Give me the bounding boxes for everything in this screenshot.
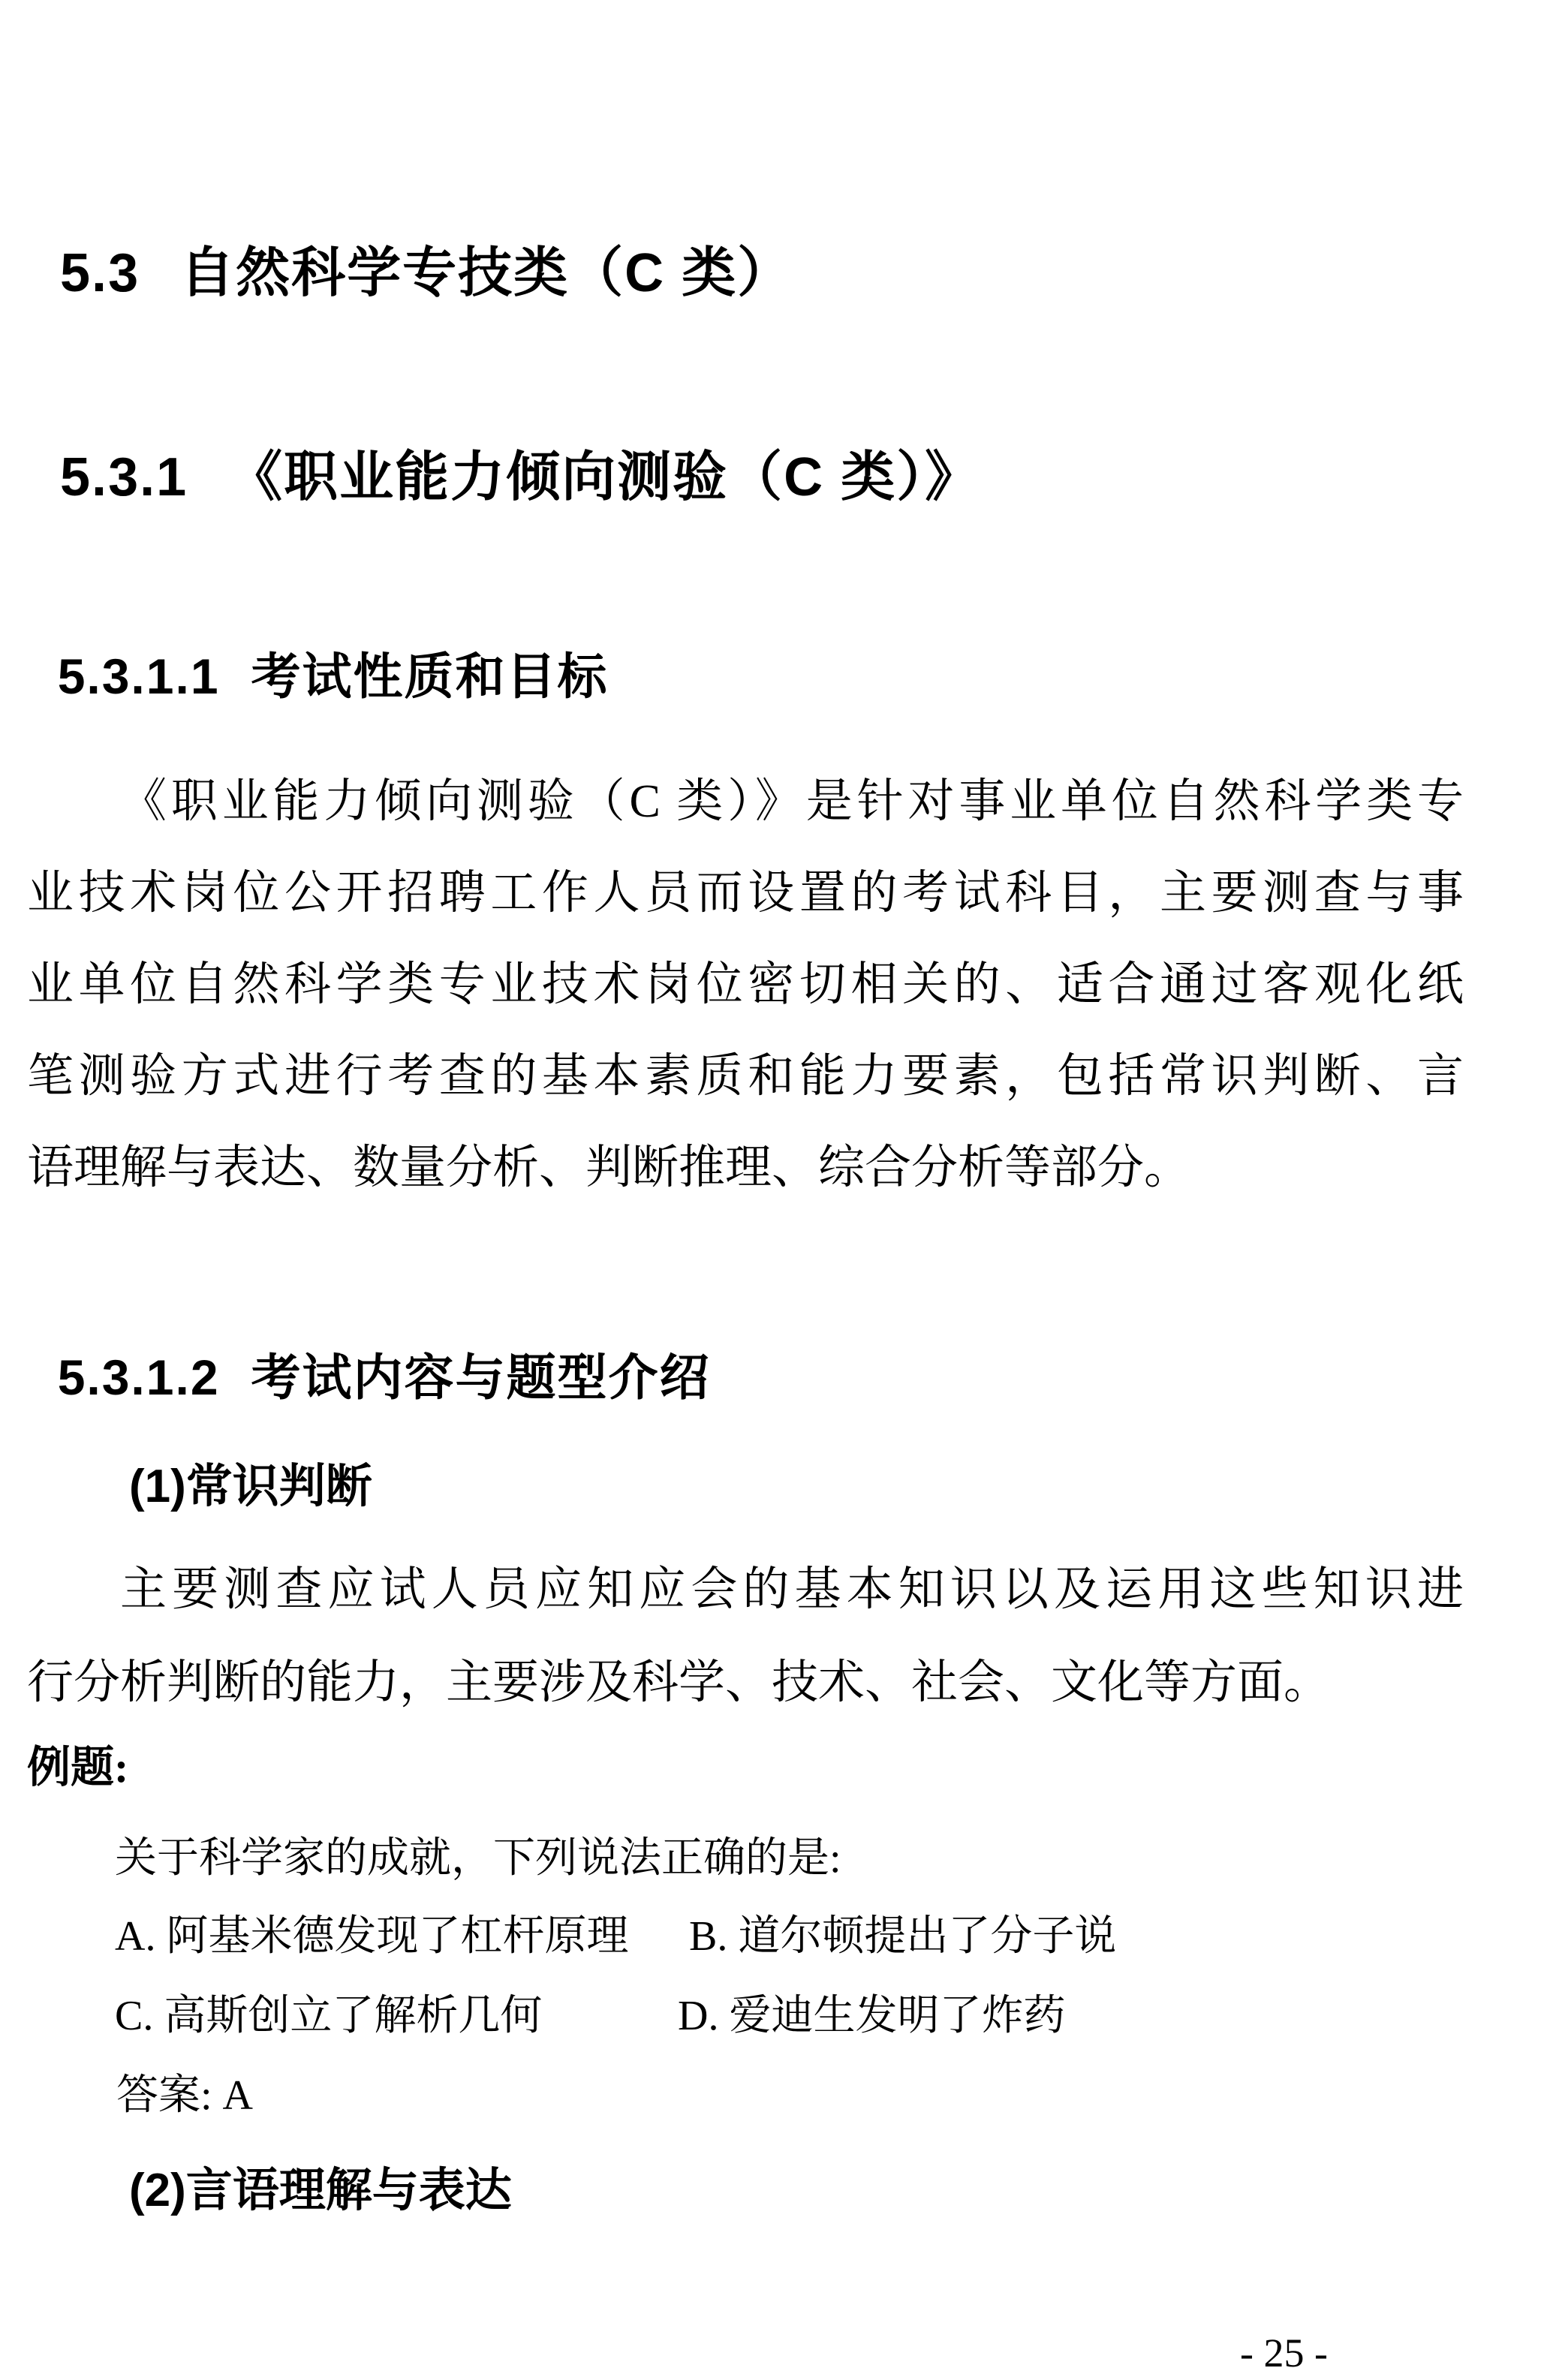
example-option-a: A. 阿基米德发现了杠杆原理: [115, 1915, 628, 1957]
section-number: 5.3.1.1: [58, 651, 220, 701]
subsection-2-label: (2)言语理解与表达: [129, 2168, 512, 2214]
section-title: 《职业能力倾向测验（C 类）》: [228, 447, 980, 507]
section-number: 5.3: [60, 246, 140, 300]
paragraph-line: 行分析判断的能力，主要涉及科学、技术、社会、文化等方面。: [27, 1656, 1464, 1710]
paragraph-line: 语理解与表达、数量分析、判断推理、综合分析等部分。: [27, 1141, 1464, 1195]
section-number: 5.3.1: [60, 450, 188, 504]
section-heading-5-3-1-1: 5.3.1.1考试性质和目标: [27, 602, 609, 701]
subsection-1-label: (1)常识判断: [129, 1464, 372, 1510]
paragraph-line: 业单位自然科学类专业技术岗位密切相关的、适合通过客观化纸: [27, 958, 1464, 1012]
example-option-c: C. 高斯创立了解析几何: [115, 1995, 542, 2037]
example-option-b: B. 道尔顿提出了分子说: [689, 1915, 1116, 1957]
example-option-d: D. 爱迪生发明了炸药: [678, 1995, 1065, 2037]
paragraph-line: 业技术岗位公开招聘工作人员而设置的考试科目，主要测查与事: [27, 866, 1464, 920]
section-heading-5-3-1: 5.3.1《职业能力倾向测验（C 类）》: [27, 396, 980, 504]
section-heading-5-3: 5.3自然科学专技类（C 类）: [27, 192, 793, 300]
section-title: 考试内容与题型介绍: [251, 1349, 711, 1405]
example-label: 例题:: [27, 1746, 128, 1789]
document-page: { "page": { "background": "#ffffff", "te…: [0, 0, 1550, 2380]
section-title: 自然科学专技类（C 类）: [180, 243, 793, 303]
section-number: 5.3.1.2: [58, 1352, 220, 1402]
example-answer: 答案: A: [116, 2075, 253, 2117]
section-heading-5-3-1-2: 5.3.1.2考试内容与题型介绍: [27, 1303, 711, 1402]
paragraph-line: 《职业能力倾向测验（C 类）》是针对事业单位自然科学类专: [27, 775, 1464, 829]
example-question: 关于科学家的成就，下列说法正确的是:: [115, 1837, 841, 1879]
paragraph-line: 笔测验方式进行考查的基本素质和能力要素，包括常识判断、言: [27, 1049, 1464, 1103]
paragraph-line: 主要测查应试人员应知应会的基本知识以及运用这些知识进: [27, 1563, 1464, 1617]
section-title: 考试性质和目标: [251, 648, 609, 704]
page-number: - 25 -: [1240, 2333, 1328, 2373]
